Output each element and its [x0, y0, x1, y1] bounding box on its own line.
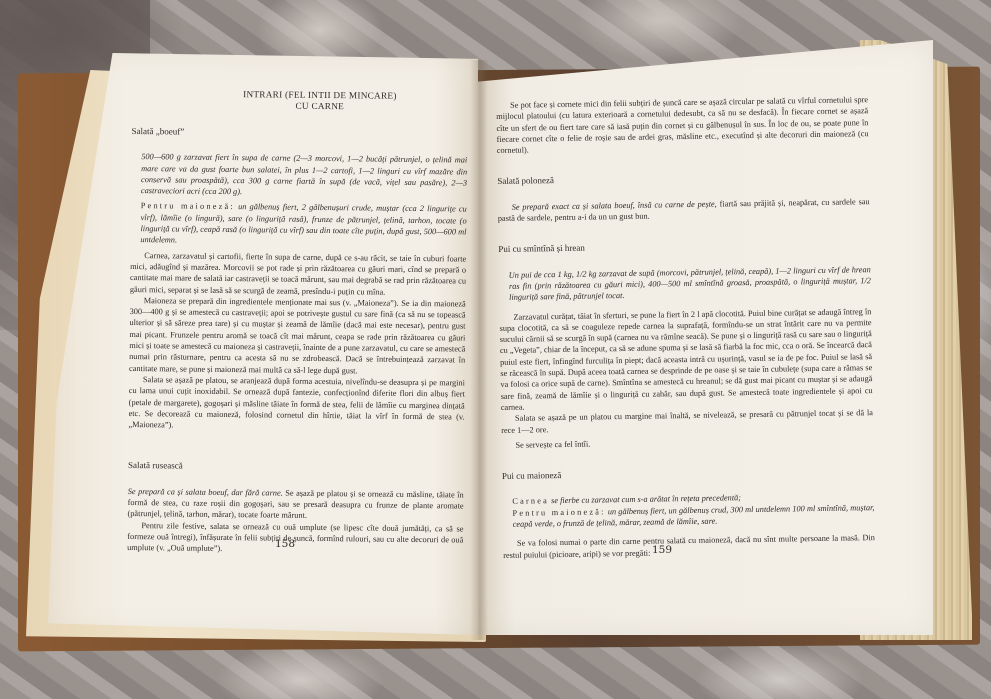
paragraph: Zarzavatul curățat, tăiat în sferturi, s… — [499, 306, 873, 414]
ingredients-salata-boeuf: 500—600 g zarzavat fiert în supa de carn… — [131, 151, 467, 200]
mayo-label: Pentru maioneză: — [512, 507, 605, 517]
paragraph: Salata se așază pe platou, se aranjează … — [128, 374, 465, 434]
ingredients-pui-smintina: Un pui de cca 1 kg, 1/2 kg zarzavat de s… — [499, 264, 871, 304]
recipe-title-salata-ruseasca: Salată rusească — [128, 460, 464, 475]
carnea-text: se fierbe cu zarzavat cum s-a arătat în … — [549, 494, 741, 506]
recipe-title-salata-poloneza: Salată poloneză — [497, 171, 869, 188]
page-number-right: 159 — [652, 544, 672, 556]
paragraph: Se prepară exact ca și salata boeuf, îns… — [498, 196, 870, 224]
chapter-title: INTRARI (FEL INTII DE MINCARE) CU CARNE — [172, 88, 468, 113]
recipe-title-salata-boeuf: Salată „boeuf” — [131, 126, 467, 141]
paragraph: Carnea, zarzavatul și cartofii, fierte î… — [130, 250, 466, 299]
paragraph: Se pot face și cornete mici din felii su… — [496, 94, 869, 156]
page-number-left: 158 — [275, 538, 295, 550]
recipe-title-pui-smintina-hrean: Pui cu smîntînă și hrean — [498, 239, 870, 256]
paragraph: Se servește ca fel întîi. — [501, 434, 873, 451]
mayo-label: Pentru maioneză: — [141, 202, 235, 212]
paragraph: Se prepară ca și salata boeuf, dar fără … — [127, 486, 463, 523]
left-page-text: INTRARI (FEL INTII DE MINCARE) CU CARNE … — [127, 88, 468, 557]
right-page-text: Se pot face și cornete mici din felii su… — [496, 94, 875, 561]
paragraph: Maioneza se prepară din ingredientele me… — [129, 295, 466, 378]
carnea-label: Carnea — [512, 497, 549, 507]
paragraph: Salata se așază pe un platou cu margine … — [501, 407, 873, 435]
ingredients-pui-maioneza: Carnea se fierbe cu zarzavat cum s-a ară… — [502, 491, 874, 531]
intro-italic: Se prepară ca și salata boeuf, dar fără … — [128, 487, 283, 498]
paragraph: Pentru zile festive, salata se ornează c… — [127, 520, 463, 557]
intro-italic: Se prepară exact ca și salata boeuf, îns… — [512, 199, 717, 211]
chapter-title-line2: CU CARNE — [172, 99, 468, 113]
mayo-ingredients: Pentru maioneză: un gălbenuș fiert, 2 gă… — [130, 200, 466, 249]
recipe-title-pui-maioneza: Pui cu maioneză — [502, 465, 874, 482]
